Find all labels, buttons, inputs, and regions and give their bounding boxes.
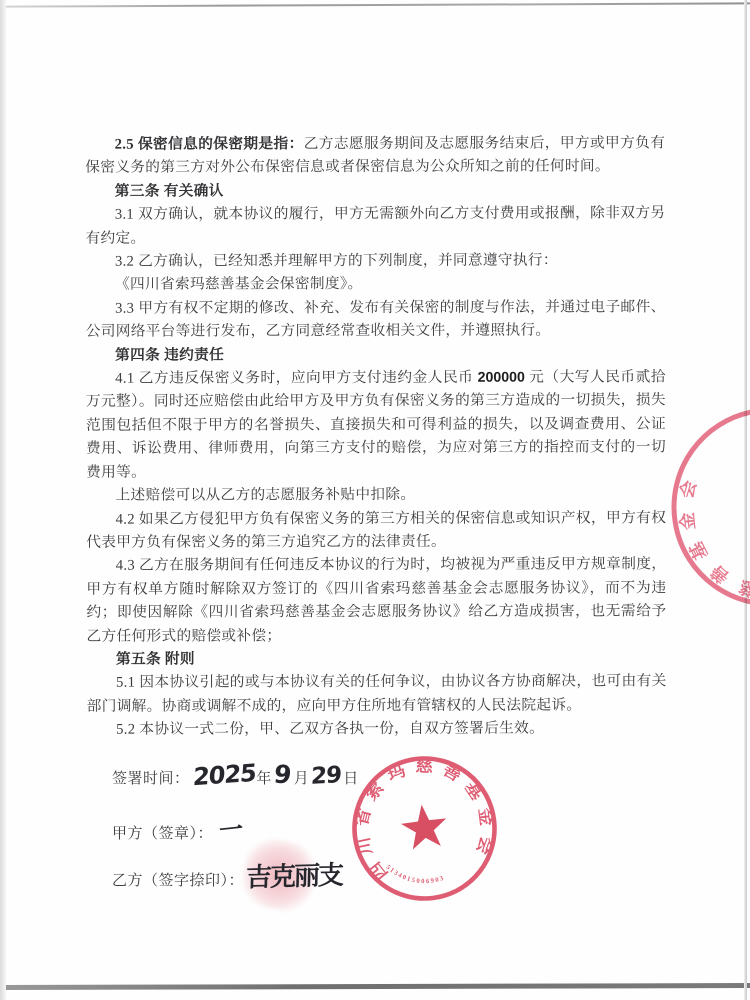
seal-code-text: 5134015006903	[384, 857, 446, 890]
paragraph-5-2: 5.2 本协议一式二份，甲、乙双方各执一份，自双方签署后生效。	[87, 717, 667, 742]
year-suffix: 年	[256, 771, 272, 787]
official-seal: 四川省索玛慈善基金会 5134015006903	[337, 741, 512, 916]
partial-seal: 四川省索玛慈善基金会	[656, 392, 750, 622]
scanned-contract-page: 2.5 保密信息的保密期是指：乙方志愿服务期间及志愿服务结束后，甲方或甲方负有保…	[0, 0, 750, 1000]
seal-star-icon	[399, 802, 450, 851]
paragraph-4-1b: 上述赔偿可以从乙方的志愿服务补贴中扣除。	[86, 483, 666, 508]
paragraph-3-2: 3.2 乙方确认，已经知悉并理解甲方的下列制度，并同意遵守执行：	[86, 249, 666, 274]
clause-4-1-pre: 4.1 乙方违反保密义务时，应向甲方支付违约金人民币	[115, 370, 477, 387]
paragraph-3-2-quote: 《四川省索玛慈善基金会保密制度》。	[86, 273, 666, 298]
party-a-label: 甲方（签章）：	[112, 826, 213, 842]
handwritten-party-b-signature: 吉克丽支	[246, 855, 343, 895]
party-a-line: 甲方（签章）：一	[112, 810, 243, 845]
party-b-line: 乙方（签字捺印）：吉克丽支	[112, 856, 342, 893]
heading-article-5: 第五条 附则	[87, 647, 667, 672]
handwritten-year: 2025	[192, 759, 257, 792]
partial-seal-org-text: 四川省索玛慈善基金会	[656, 399, 750, 622]
paragraph-3-1: 3.1 双方确认，就本协议的履行，甲方无需额外向乙方支付费用或报酬，除非双方另有…	[85, 202, 665, 250]
signing-date-label: 签署时间：	[112, 771, 190, 787]
clause-2-5-lead: 2.5 保密信息的保密期是指：	[115, 136, 304, 152]
signing-date-line: 签署时间：2025年9月29日	[112, 760, 359, 789]
paragraph-2-5: 2.5 保密信息的保密期是指：乙方志愿服务期间及志愿服务结束后，甲方或甲方负有保…	[85, 132, 665, 180]
party-b-label: 乙方（签字捺印）：	[112, 873, 244, 889]
paragraph-4-2: 4.2 如果乙方侵犯甲方负有保密义务的第三方相关的保密信息或知识产权，甲方有权代…	[86, 507, 666, 555]
handwritten-month: 9	[272, 760, 293, 790]
svg-text:5134015006903: 5134015006903	[384, 857, 446, 890]
penalty-amount: 200000	[478, 370, 525, 386]
svg-text:四川省索玛慈善基金会: 四川省索玛慈善基金会	[656, 399, 750, 622]
paragraph-4-1: 4.1 乙方违反保密义务时，应向甲方支付违约金人民币 200000 元（大写人民…	[86, 366, 666, 485]
heading-article-4: 第四条 违约责任	[86, 343, 666, 368]
month-suffix: 月	[294, 771, 310, 787]
handwritten-party-a-mark: 一	[217, 809, 245, 846]
scan-edge-bottom	[0, 983, 750, 990]
paragraph-4-3: 4.3 乙方在服务期间有任何违反本协议的行为时，均被视为严重违反甲方规章制度，甲…	[86, 554, 666, 649]
contract-body: 2.5 保密信息的保密期是指：乙方志愿服务期间及志愿服务结束后，甲方或甲方负有保…	[85, 132, 667, 742]
scan-edge-left	[0, 0, 6, 1000]
paragraph-3-3: 3.3 甲方有权不定期的修改、补充、发布有关保密的制度与作法，并通过电子邮件、公…	[86, 296, 666, 344]
scan-edge-top	[0, 2, 750, 7]
heading-article-3: 第三条 有关确认	[85, 179, 665, 204]
paragraph-5-1: 5.1 因本协议引起的或与本协议有关的任何争议，由协议各方协商解决，也可由有关部…	[87, 671, 667, 719]
